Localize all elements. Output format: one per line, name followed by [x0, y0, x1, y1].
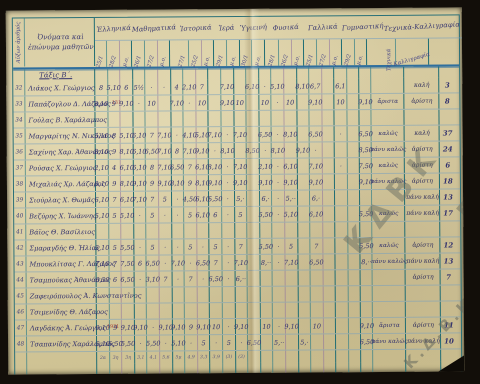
conduct-cell: ἀρίστη [405, 94, 440, 109]
grade-cell: 3,10 [209, 159, 222, 174]
grade-cell [222, 223, 235, 238]
tech-grade-cell [361, 222, 373, 237]
absences-cell: 24 [440, 141, 455, 156]
grade-cell [336, 350, 349, 362]
grade-cell [286, 303, 299, 318]
grade-cell [210, 223, 223, 238]
tech-grade-cell [361, 286, 373, 301]
student-name: Σιούρλας Χ. Θωμᾶς [29, 195, 95, 203]
tech-grade-cell [362, 350, 374, 362]
grade-cell: 5 [184, 239, 197, 254]
grade-cell [298, 222, 311, 237]
exam-date-label: μ.ο. [293, 55, 302, 67]
grade-cell [274, 363, 287, 375]
row-number-cell: 33 [13, 96, 25, 111]
grade-cell: 8,10 [95, 96, 108, 111]
grade-cell: 7,10 [310, 158, 323, 173]
grade-cell [109, 304, 122, 319]
grade-cell: 9,10 [235, 319, 248, 334]
scan-corner-shadow [438, 355, 464, 371]
grade-cell [234, 111, 247, 126]
grade-cell [259, 111, 272, 126]
grade-cell: 6,50 [171, 159, 184, 174]
exam-date-label: 28/2 [108, 55, 117, 68]
grade-cell [248, 319, 261, 334]
exam-date-label: μ.ο. [228, 55, 237, 67]
grade-cell [134, 224, 147, 239]
grade-cell: 6,50 [248, 335, 261, 350]
grade-cell [311, 350, 324, 362]
empty-ruled-row [15, 361, 461, 374]
grade-cell: 9,10 [97, 320, 110, 335]
grade-cell: 5,· [235, 191, 248, 206]
exam-date-label: 28/1 [268, 54, 277, 67]
conduct-cell [405, 110, 440, 125]
exam-date-header: 28/2 [107, 41, 120, 67]
grade-cell: 9,10 [196, 143, 209, 158]
grade-cell: 5,50 [122, 240, 135, 255]
grade-cell [109, 224, 122, 239]
row-number-cell: 44 [15, 272, 27, 287]
conduct-cell [407, 362, 442, 375]
grade-cell [322, 94, 335, 109]
grade-cell: 7 [196, 79, 209, 94]
grade-cell [323, 174, 336, 189]
grade-cell: 5½ [133, 80, 146, 95]
grade-cell [184, 223, 197, 238]
grade-cell [121, 112, 134, 127]
scanned-register-page: { "section_label": "Τάξις Β΄.", "header"… [0, 0, 480, 384]
grade-cell [311, 286, 324, 301]
grade-cell: 9,10 [286, 319, 299, 334]
grade-cell [172, 287, 185, 302]
grade-cell [97, 304, 110, 319]
grade-cell [324, 362, 337, 374]
exam-date-header: μ.ο. [227, 40, 240, 66]
exam-date-label: μ.ο. [356, 54, 365, 66]
row-number-cell: 46 [15, 304, 27, 319]
grade-cell [261, 351, 274, 363]
grade-cell [298, 270, 311, 285]
exam-date-header: 28/1 [267, 40, 280, 66]
conduct-cell: ἀρίστη [405, 174, 440, 189]
grade-cell [248, 287, 261, 302]
grade-cell: 6,50 [259, 127, 272, 142]
exam-date-header: μ.ο. [252, 40, 265, 66]
grade-cell: 3η [122, 352, 135, 364]
row-number-cell: 32 [13, 80, 25, 95]
grade-cell: 5 [223, 335, 236, 350]
student-name-cell: Ζαφειρόπουλος Ἀ. Κωνσταντῖνος [27, 288, 97, 303]
grade-cell: 9,10 [135, 320, 148, 335]
grade-cell [335, 206, 348, 221]
subject-group-label: Ἑλληνικά [94, 17, 133, 41]
grade-cell: 10 [284, 95, 297, 110]
grade-cell: 6,· [310, 190, 323, 205]
grade-cell: 6,50 [210, 271, 223, 286]
grade-cell: 5,50 [260, 239, 273, 254]
grade-cell [221, 111, 234, 126]
exam-date-label: 25/2 [190, 55, 199, 68]
grade-cell [210, 287, 223, 302]
grade-cell: 8,10 [272, 143, 285, 158]
grade-cell: · [159, 207, 172, 222]
grade-cell [185, 287, 198, 302]
grade-cell [261, 303, 274, 318]
grade-cell [173, 363, 186, 374]
table-header: Αὔξων ἀριθμόςὈνόματα καὶἐπώνυμα μαθητῶνἙ… [13, 15, 459, 69]
grade-cell [96, 224, 109, 239]
grade-cell [146, 69, 159, 80]
grade-cell: 7,50 [122, 256, 135, 271]
grade-cell [297, 190, 310, 205]
absences-cell: 8 [440, 93, 455, 108]
subject-group-label: Φυσικά [266, 16, 305, 40]
grade-cell [349, 362, 362, 374]
student-name-cell: Μιχαλιάς Χρ. Λάζαρος [26, 176, 96, 191]
grade-cell: 10 [261, 319, 274, 334]
grade-cell: 3,10 [147, 272, 160, 287]
tech-word-cell [374, 350, 407, 362]
grade-cell [347, 110, 360, 125]
grade-cell [108, 69, 121, 80]
subject-group-subrow: 26/127/2μ.ο. [132, 39, 176, 66]
grade-cell [223, 363, 236, 375]
grade-cell: 9,10 [260, 175, 273, 190]
grade-cell: 5 [159, 191, 172, 206]
grade-cell: · [273, 239, 286, 254]
grade-cell: 7 [185, 271, 198, 286]
grade-cell [185, 363, 198, 374]
grade-cell: 5 [147, 240, 160, 255]
grade-cell: 6,10 [246, 79, 259, 94]
conduct-cell: πάνυ καλή [406, 206, 441, 221]
tech-grade-cell [360, 190, 372, 205]
exam-date-header: 27/2 [317, 39, 330, 65]
grade-cell: 5 [146, 208, 159, 223]
grade-cell [197, 287, 210, 302]
grade-cell [309, 67, 322, 78]
grade-cell: 6,10 [197, 207, 210, 222]
empty-number-cell [15, 364, 27, 374]
grade-cell [324, 350, 337, 362]
grade-cell: 4,9 [185, 351, 198, 363]
subject-group-subrow: 25/127/2μ.ο. [304, 38, 342, 65]
grade-cell: · [172, 239, 185, 254]
absences-cell [441, 285, 456, 300]
grade-cell: 9,10 [285, 175, 298, 190]
subject-group-5: Ὑγιεινή30/1μ.ο. [239, 17, 266, 66]
grade-cell [184, 111, 197, 126]
absences-cell: 13 [441, 253, 456, 268]
subject-group-3: Ἱστορικά27/125/2μ.ο. [176, 17, 214, 66]
absences-cell: 12 [441, 237, 456, 252]
student-name-cell: Ρούσας Χ. Γεώργιος [26, 160, 96, 175]
grade-cell: 3,3 [198, 351, 211, 363]
grade-cell: 6,10 [134, 160, 147, 175]
conduct-cell: ἀρίστη [405, 158, 440, 173]
grade-cell: 6,10 [96, 192, 109, 207]
grade-cell: 9,10 [221, 95, 234, 110]
grade-cell [349, 350, 362, 362]
grade-cell [323, 302, 336, 317]
subject-group-subrow: 28/126/2μ.ο. [267, 39, 305, 66]
exam-date-header: 26/1 [132, 41, 145, 67]
student-name-cell: Παπάζογλου Δ. Λάζαρος131 [25, 96, 95, 111]
grade-cell: 6 [120, 80, 133, 95]
grade-cell: · [185, 335, 198, 350]
subject-group-label: Μαθηματικά [132, 16, 177, 41]
grade-cell: 7 [160, 271, 173, 286]
grade-cell [323, 190, 336, 205]
grade-cell: 6,10 [285, 159, 298, 174]
grade-cell: 9,10 [134, 176, 147, 191]
column-header-student-name: Ὀνόματα καὶἐπώνυμα μαθητῶν [25, 18, 95, 66]
absences-cell: 6 [440, 157, 455, 172]
grade-cell [322, 78, 335, 93]
grade-cell [336, 222, 349, 237]
tech-word-cell [373, 222, 406, 237]
grade-cell: · [158, 79, 171, 94]
grade-cell [335, 174, 348, 189]
grade-cell: 3η [110, 352, 123, 364]
exam-date-header: 25/1 [95, 41, 108, 67]
grade-cell: · [133, 96, 146, 111]
grade-cell [259, 68, 272, 79]
exam-date-label: μ.ο. [254, 55, 263, 67]
grade-cell [196, 68, 209, 79]
subject-group-subrow: 29/1μ.ο. [214, 39, 239, 66]
conduct-cell [407, 350, 442, 362]
grade-cell [273, 287, 286, 302]
grade-cell [336, 302, 349, 317]
grade-cell [348, 190, 361, 205]
exam-date-header: 30/1 [240, 40, 253, 66]
conduct-subcell [460, 38, 465, 64]
absences-cell [441, 221, 456, 236]
tech-word-cell: καλῶς [372, 158, 405, 173]
tech-grade-cell: 6,50 [360, 126, 372, 141]
grade-cell [322, 126, 335, 141]
row-number-header-label: Αὔξων ἀριθμός [15, 22, 21, 64]
subject-group-2: Μαθηματικά26/127/2μ.ο. [132, 17, 177, 66]
grade-cell [336, 362, 349, 374]
ledger-paper: Αὔξων ἀριθμόςὈνόματα καὶἐπώνυμα μαθητῶνἙ… [6, 7, 465, 374]
row-number-cell: 35 [14, 128, 26, 143]
grade-cell [261, 363, 274, 375]
grade-cell [323, 270, 336, 285]
grade-cell: · [222, 239, 235, 254]
grade-cell: 5,·· [273, 335, 286, 350]
tech-word-cell [374, 362, 407, 375]
absences-cell [440, 66, 455, 77]
student-name: Ρούσας Χ. Γεώργιος [29, 163, 97, 171]
grade-cell: 7,10 [234, 127, 247, 142]
grade-cell: · [172, 207, 185, 222]
grade-cell: 2,10 [259, 159, 272, 174]
tech-word-cell [373, 286, 406, 301]
grade-cell [260, 223, 273, 238]
grade-cell [109, 288, 122, 303]
student-name-cell: Γούλας Β. Χαράλαμπος [25, 112, 95, 127]
student-name-cell: Λαγδάκης Ἀ. Γεώργιος1931 [27, 320, 97, 335]
grade-cell [284, 111, 297, 126]
exam-date-label: μ.ο. [331, 55, 340, 67]
grade-cell [285, 271, 298, 286]
grade-cell [247, 223, 260, 238]
grade-cell [298, 286, 311, 301]
conduct-cell: καλή [405, 126, 440, 141]
row-number-cell: 34 [13, 112, 25, 127]
grade-cell [234, 68, 247, 79]
tech-grade-cell [360, 110, 372, 125]
row-number-cell: 45 [15, 288, 27, 303]
grade-cell [297, 67, 310, 78]
grade-cell: 7,10 [134, 192, 147, 207]
grade-cell [261, 335, 274, 350]
grade-cell: 7 [146, 192, 159, 207]
grade-cell: 9,10 [121, 96, 134, 111]
grade-cell: 7,10 [285, 255, 298, 270]
grade-cell [147, 224, 160, 239]
grade-cell [272, 111, 285, 126]
grade-cell [158, 111, 171, 126]
grade-cell [221, 68, 234, 79]
grade-cell [286, 287, 299, 302]
grade-cell [299, 362, 312, 374]
grade-cell [348, 222, 361, 237]
grade-cell [172, 223, 185, 238]
tech-word-cell: ἄριστα [373, 318, 406, 333]
absences-cell: 11 [441, 317, 456, 332]
tech-grade-cell: 5,50 [361, 206, 373, 221]
grade-cell: 5,10 [285, 207, 298, 222]
register-table: Αὔξων ἀριθμόςὈνόματα καὶἐπώνυμα μαθητῶνἙ… [12, 14, 463, 374]
grade-cell [324, 334, 337, 349]
student-name-cell: Τσιμενίδης Θ. Λάζαρος [27, 304, 97, 319]
grade-cell: 7 [310, 238, 323, 253]
grade-cell [209, 111, 222, 126]
student-name-cell: Μαργαρίτης Ν. Νικόλαος [26, 128, 96, 143]
student-name-cell: Λιάκος Χ. Γεώργιος [25, 80, 95, 95]
grade-cell [273, 223, 286, 238]
row-number-cell: 47 [15, 320, 27, 335]
student-name-cell: Μπουκλίτσας Γ. Λάζαρος [26, 256, 96, 271]
grade-cell [348, 254, 361, 269]
grade-cell [120, 69, 133, 80]
grade-cell: · [197, 239, 210, 254]
absences-cell: 18 [440, 173, 455, 188]
grade-cell: 2,10 [183, 79, 196, 94]
grade-cell [148, 364, 161, 375]
conduct-cell: ἀρίστη [406, 238, 441, 253]
grade-cell [286, 335, 299, 350]
tech-grade-cell: 9,10 [360, 94, 372, 109]
grade-cell [286, 363, 299, 375]
grade-cell: 10 [311, 318, 324, 333]
class-section-label: Τάξις Β΄. [25, 69, 95, 80]
absences-cell: 13 [440, 189, 455, 204]
grade-cell: 5,10 [108, 80, 121, 95]
grade-cell: 8,10 [297, 78, 310, 93]
grade-cell: 5,10 [96, 240, 109, 255]
grade-cell [198, 303, 211, 318]
grade-cell: · [222, 191, 235, 206]
subject-group-subrow: 29/2μ.ο. [342, 38, 384, 65]
student-name-cell: Βεζύρης Χ. Ἰωάννης [26, 208, 96, 223]
exam-date-header: μ.ο. [330, 39, 343, 65]
tech-word-header: Καλλιγραφία [396, 39, 429, 65]
tech-grade-cell [361, 302, 373, 317]
grade-cell: 5,50 [260, 207, 273, 222]
subject-group-label: Ἱστορικά [176, 16, 215, 40]
grade-cell [273, 271, 286, 286]
grade-cell: 8,10 [171, 175, 184, 190]
grade-cell: 2α [97, 352, 110, 364]
row-number-cell: 42 [14, 240, 26, 255]
conduct-cell: ἀρίστη [405, 142, 440, 157]
row-number-cell: 37 [14, 160, 26, 175]
student-name: Βάϊος Θ. Βασίλειος [29, 227, 95, 235]
grade-cell [311, 334, 324, 349]
conduct-cell [405, 67, 440, 78]
tech-word-cell: καλῶς [373, 238, 406, 253]
grade-cell [183, 68, 196, 79]
exam-date-label: 25/1 [306, 54, 315, 67]
grade-cell: · [210, 335, 223, 350]
grade-cell: 10 [146, 96, 159, 111]
tech-word-cell: καλῶς [372, 126, 405, 141]
grade-cell [235, 223, 248, 238]
grade-cell [323, 286, 336, 301]
grade-cell: 7,10 [171, 95, 184, 110]
grade-cell [134, 288, 147, 303]
grade-cell [196, 111, 209, 126]
subnote-number-cell [15, 352, 27, 364]
grade-cell [247, 191, 260, 206]
absences-cell: 7 [441, 269, 456, 284]
tech-number-header-label: Τεχνικά [386, 49, 392, 71]
grade-cell: 9,10 [309, 94, 322, 109]
grade-cell: 6,50 [197, 255, 210, 270]
grade-cell [97, 288, 110, 303]
grade-cell: 7,10 [221, 79, 234, 94]
grade-cell [322, 142, 335, 157]
grade-cell [298, 318, 311, 333]
exam-date-header: μ.ο. [120, 41, 133, 67]
subject-group-label: Γυμναστική [341, 15, 384, 39]
grade-cell [347, 78, 360, 93]
grade-cell [247, 111, 260, 126]
grade-cell: 10 [335, 94, 348, 109]
grade-cell: 8,·· [260, 255, 273, 270]
subject-group-1: Ἑλληνικά25/128/2μ.ο. [94, 18, 132, 67]
row-number-cell: 48 [15, 336, 27, 351]
grade-cell [284, 68, 297, 79]
tech-grade-cell: 5,50 [361, 238, 373, 253]
row-number-cell: 38 [14, 176, 26, 191]
grade-cell: 7,10 [172, 255, 185, 270]
grade-cell [235, 303, 248, 318]
row-number-cell: 39 [14, 192, 26, 207]
grade-cell [334, 67, 347, 78]
conduct-cell: πάνυ καλή [405, 190, 440, 205]
grade-cell [147, 288, 160, 303]
exam-date-label: 25/1 [96, 55, 105, 68]
exam-date-header: 25/2 [189, 40, 202, 66]
grade-cell: 5 [285, 239, 298, 254]
tech-word-cell [372, 190, 405, 205]
